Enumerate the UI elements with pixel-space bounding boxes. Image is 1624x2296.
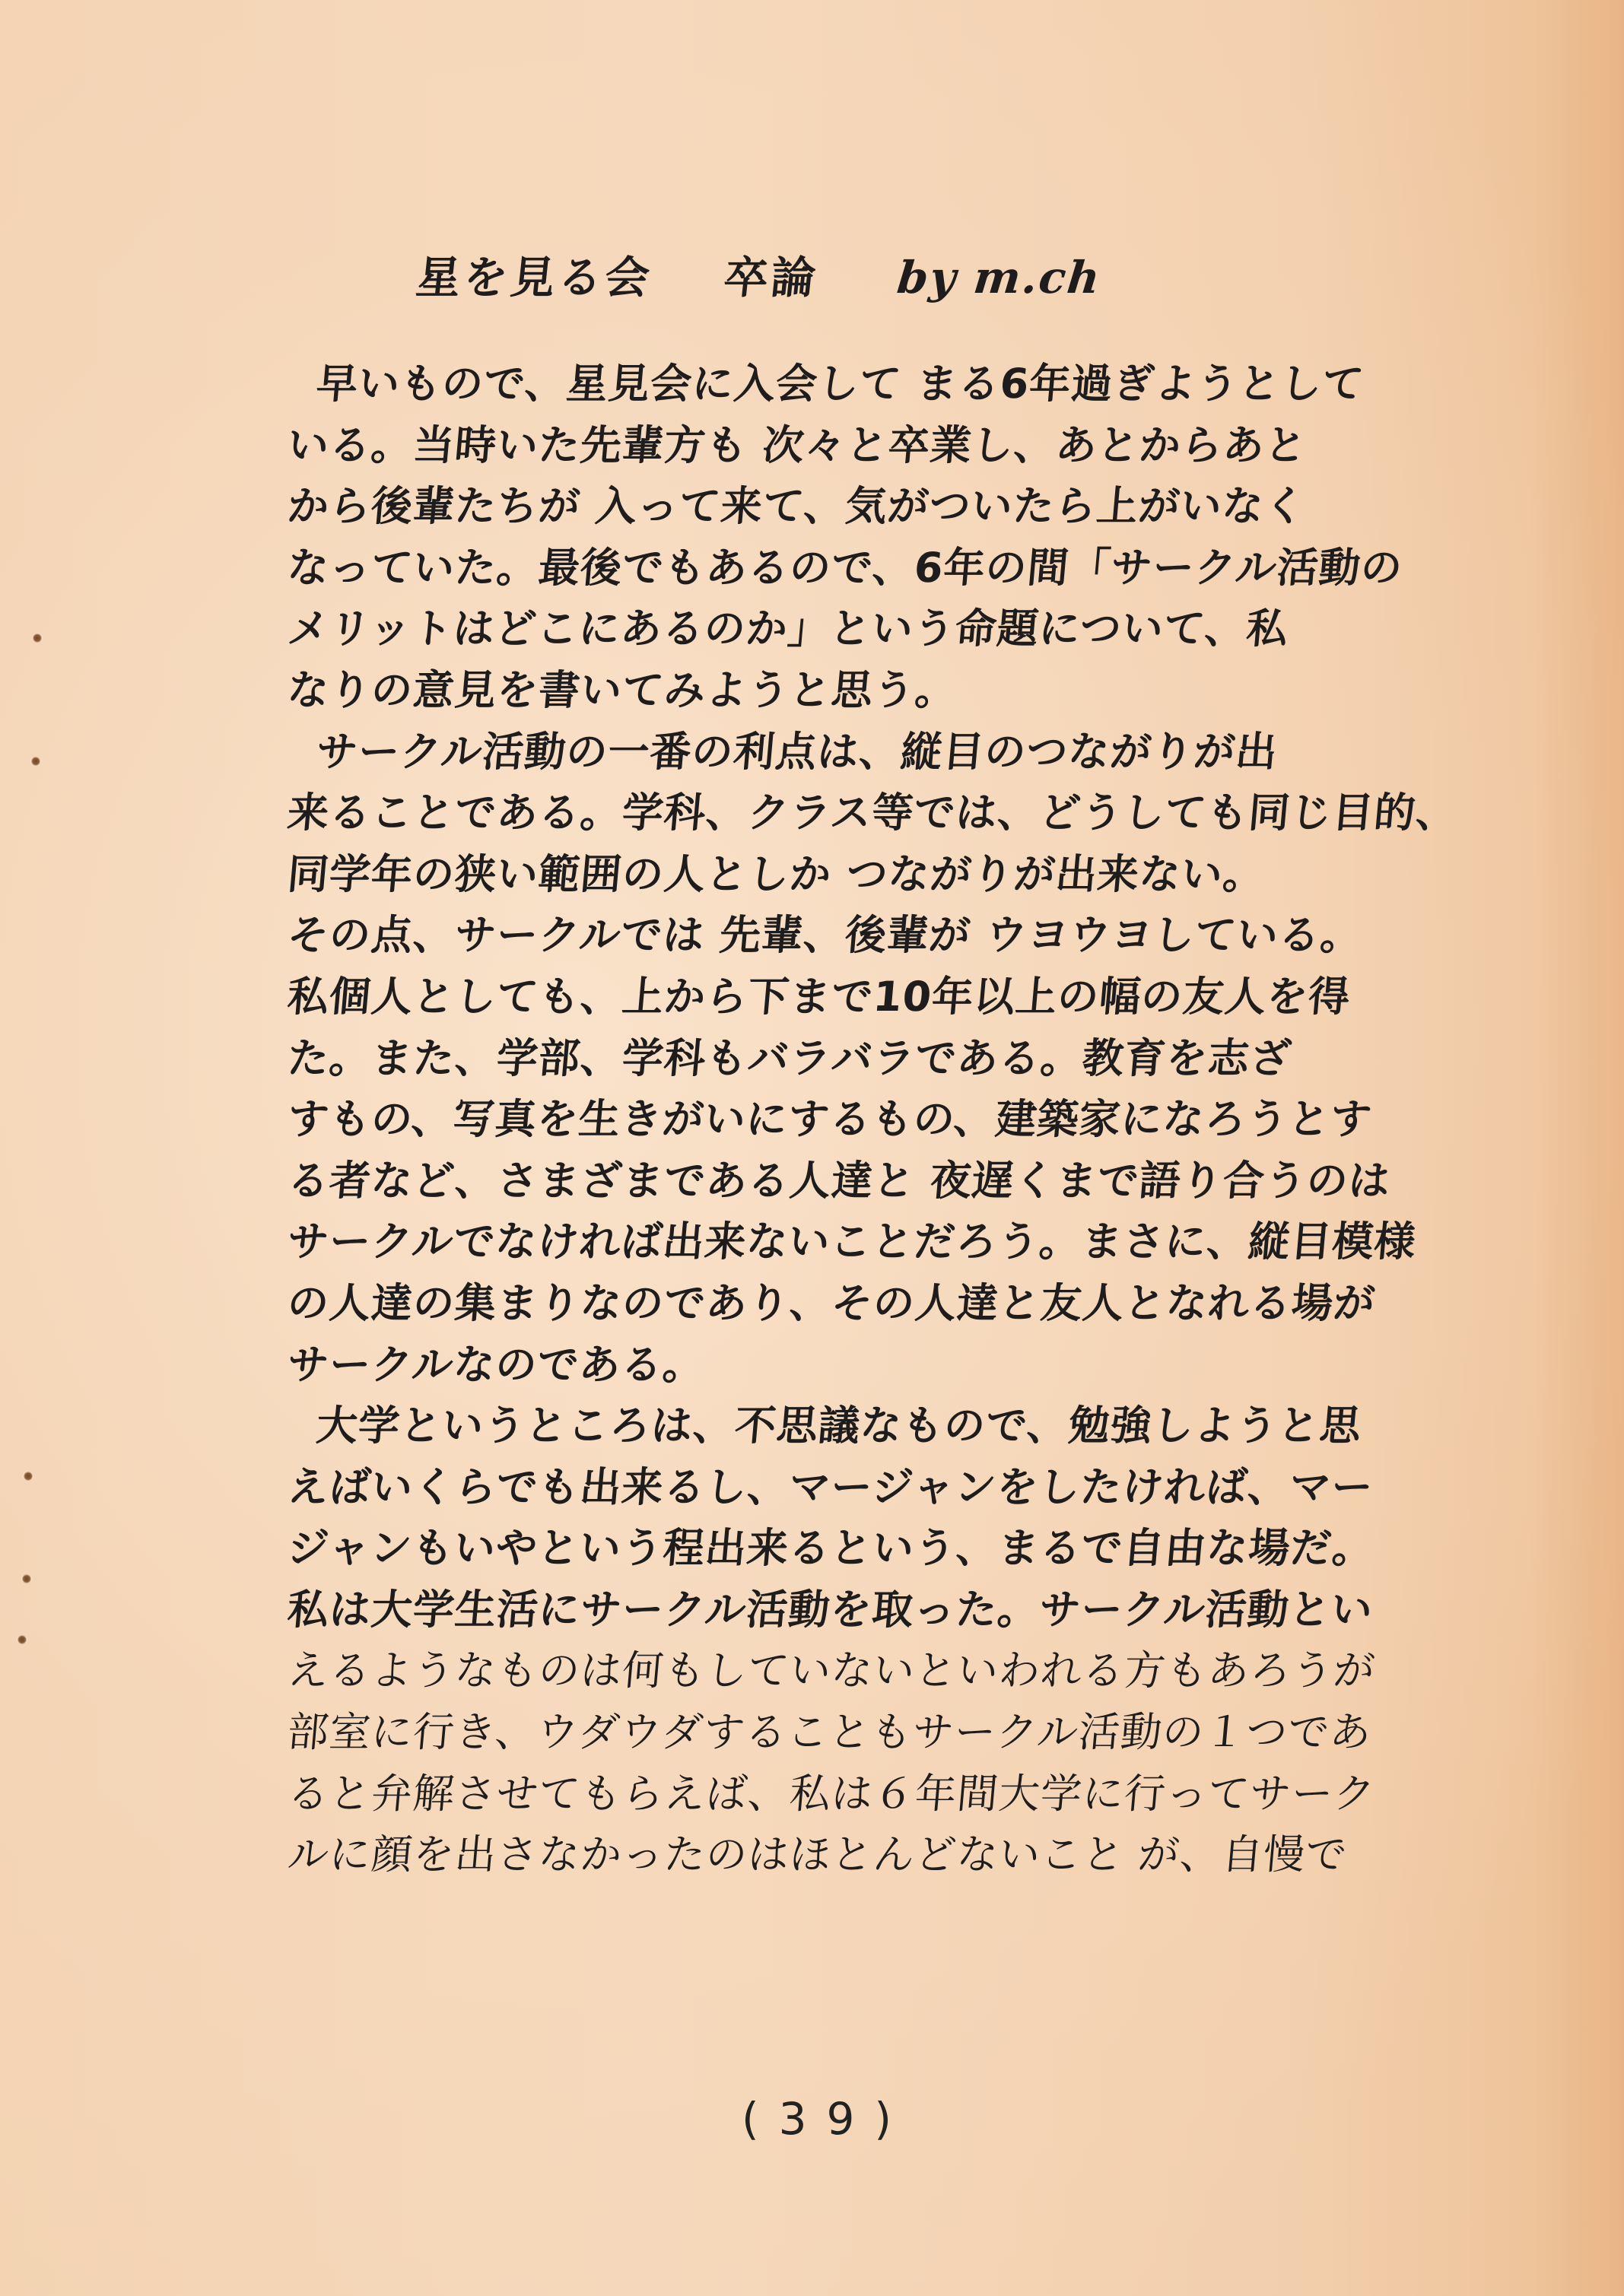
binding-hole xyxy=(32,634,43,643)
text-line: 私は大学生活にサークル活動を取った。サークル活動とい xyxy=(284,1580,1492,1641)
title-club-name: 星を見る会 xyxy=(414,242,656,306)
binding-hole xyxy=(30,757,41,766)
text-line: いる。当時いた先輩方も 次々と卒業し、あとからあと xyxy=(284,415,1492,477)
text-line: サークルでなければ出来ないことだろう。まさに、縦目模様 xyxy=(284,1212,1492,1273)
text-line: ジャンもいやという程出来るという、まるで自由な場だ。 xyxy=(284,1518,1492,1580)
text-line: メリットはどこにあるのか」という命題について、私 xyxy=(284,599,1492,660)
text-line: 同学年の狭い範囲の人としか つながりが出来ない。 xyxy=(284,844,1492,906)
text-line: サークル活動の一番の利点は、縦目のつながりが出 xyxy=(284,722,1492,783)
text-line: 私個人としても、上から下まで10年以上の幅の友人を得 xyxy=(284,967,1492,1028)
text-line: その点、サークルでは 先輩、後輩が ウヨウヨしている。 xyxy=(284,905,1492,967)
scanned-page: 星を見る会 卒論 by m.ch 早いもので、星見会に入会して まる6年過ぎよう… xyxy=(0,0,1624,2296)
page-number: (39) xyxy=(742,2093,911,2145)
title-genre: 卒論 xyxy=(721,242,822,306)
title-byline: by m.ch xyxy=(895,252,1104,303)
text-line: えばいくらでも出来るし、マージャンをしたければ、マー xyxy=(284,1457,1492,1519)
text-line: から後輩たちが 入って来て、気がついたら上がいなく xyxy=(284,476,1492,538)
paper-edge-shading xyxy=(1533,0,1624,2296)
text-line: えるようなものは何もしていないといわれる方もあろうが xyxy=(284,1640,1492,1702)
text-line: なりの意見を書いてみようと思う。 xyxy=(284,660,1492,722)
text-line: 来ることである。学科、クラス等では、どうしても同じ目的、 xyxy=(284,783,1492,844)
text-line: なっていた。最後でもあるので、6年の間「サークル活動の xyxy=(284,538,1492,599)
text-line: ると弁解させてもらえば、私は６年間大学に行ってサーク xyxy=(284,1764,1492,1825)
binding-hole xyxy=(21,1574,32,1583)
text-line: 大学というところは、不思議なもので、勉強しようと思 xyxy=(284,1396,1492,1457)
text-line: ルに顔を出さなかったのはほとんどないこと が、自慢で xyxy=(284,1824,1492,1886)
binding-hole xyxy=(23,1472,33,1481)
text-line: サークルなのである。 xyxy=(284,1335,1492,1396)
text-line: すもの、写真を生きがいにするもの、建築家になろうとす xyxy=(284,1089,1492,1151)
binding-hole xyxy=(17,1635,27,1644)
essay-title: 星を見る会 卒論 by m.ch xyxy=(414,242,1105,306)
text-line: た。また、学部、学科もバラバラである。教育を志ざ xyxy=(284,1028,1492,1090)
text-line: 早いもので、星見会に入会して まる6年過ぎようとして xyxy=(284,354,1492,415)
text-line: の人達の集まりなのであり、その人達と友人となれる場が xyxy=(284,1273,1492,1335)
text-line: 部室に行き、ウダウダすることもサークル活動の１つであ xyxy=(284,1702,1492,1764)
essay-body: 早いもので、星見会に入会して まる6年過ぎようとして いる。当時いた先輩方も 次… xyxy=(288,354,1489,1886)
text-line: る者など、さまざまである人達と 夜遅くまで語り合うのは xyxy=(284,1151,1492,1212)
